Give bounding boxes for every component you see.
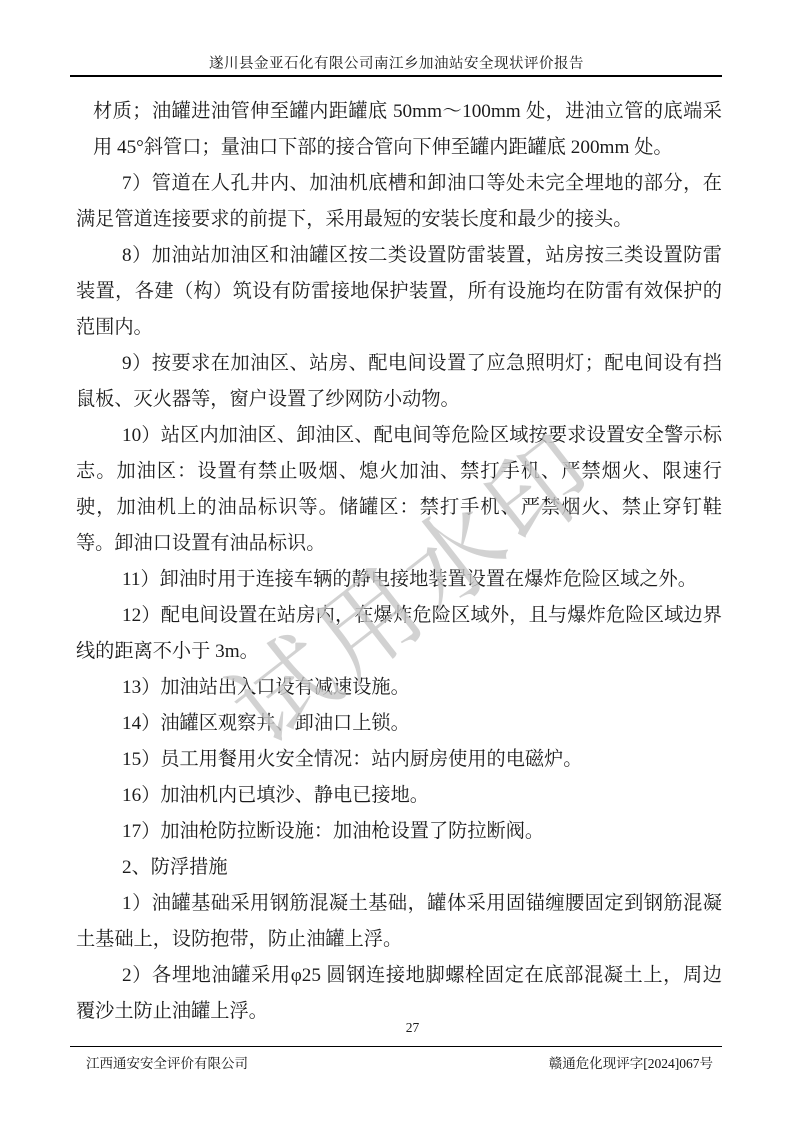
body-paragraph: 2、防浮措施: [76, 850, 722, 886]
body-paragraph: 13）加油站出入口设有减速设施。: [76, 670, 722, 706]
body-paragraph: 8）加油站加油区和油罐区按二类设置防雷装置，站房按三类设置防雷装置，各建（构）筑…: [76, 238, 722, 346]
header-rule: [70, 75, 722, 77]
body-paragraph: 10）站区内加油区、卸油区、配电间等危险区域按要求设置安全警示标志。加油区：设置…: [76, 418, 722, 562]
body-paragraph: 7）管道在人孔井内、加油机底槽和卸油口等处未完全埋地的部分，在满足管道连接要求的…: [76, 166, 722, 238]
page-header-title: 遂川县金亚石化有限公司南江乡加油站安全现状评价报告: [0, 52, 793, 73]
body-paragraph: 15）员工用餐用火安全情况：站内厨房使用的电磁炉。: [76, 742, 722, 778]
body-paragraph: 16）加油机内已填沙、静电已接地。: [76, 778, 722, 814]
page-number: 27: [0, 1020, 793, 1036]
page-footer: 江西通安安全评价有限公司 赣通危化现评字[2024]067号: [86, 1052, 713, 1072]
body-paragraph: 11）卸油时用于连接车辆的静电接地装置设置在爆炸危险区域之外。: [76, 562, 722, 598]
body-paragraph: 9）按要求在加油区、站房、配电间设置了应急照明灯；配电间设有挡鼠板、灭火器等，窗…: [76, 346, 722, 418]
footer-document-number: 赣通危化现评字[2024]067号: [549, 1052, 713, 1072]
footer-company: 江西通安安全评价有限公司: [86, 1052, 248, 1072]
body-paragraph: 12）配电间设置在站房内，在爆炸危险区域外，且与爆炸危险区域边界线的距离不小于 …: [76, 598, 722, 670]
document-body: 材质；油罐进油管伸至罐内距罐底 50mm～100mm 处，进油立管的底端采用 4…: [76, 94, 722, 1030]
body-paragraph: 17）加油枪防拉断设施：加油枪设置了防拉断阀。: [76, 814, 722, 850]
body-paragraph: 材质；油罐进油管伸至罐内距罐底 50mm～100mm 处，进油立管的底端采用 4…: [76, 94, 722, 166]
footer-rule: [70, 1046, 722, 1047]
body-paragraph: 14）油罐区观察井、卸油口上锁。: [76, 706, 722, 742]
body-paragraph: 1）油罐基础采用钢筋混凝土基础，罐体采用固锚缠腰固定到钢筋混凝土基础上，设防抱带…: [76, 886, 722, 958]
document-page: 遂川县金亚石化有限公司南江乡加油站安全现状评价报告 材质；油罐进油管伸至罐内距罐…: [0, 0, 793, 1122]
